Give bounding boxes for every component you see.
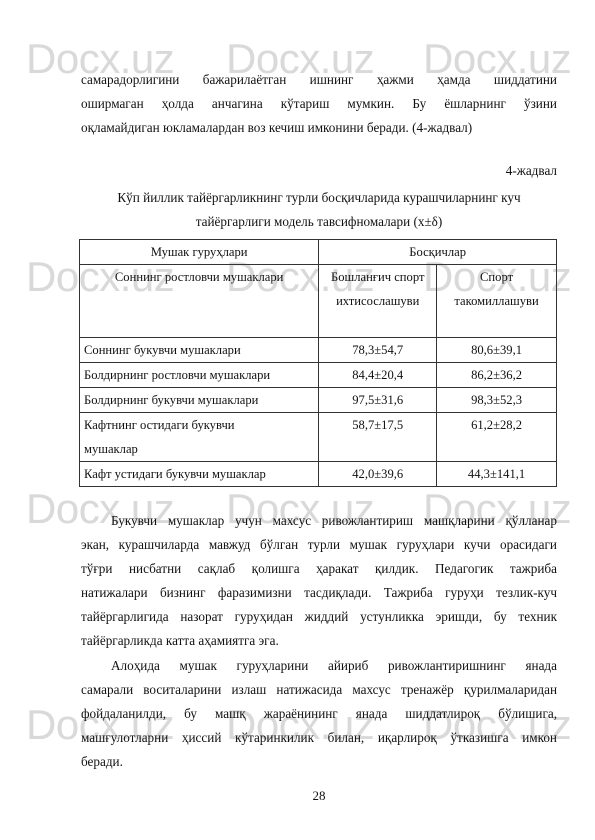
text-line: самарали воситаларини излаш натижасида м… [81,678,557,702]
cell-improvement: 61,2±28,2 [437,413,557,462]
text-line: тўғри нисбатни сақлаб қолишга ҳаракат қи… [81,557,557,581]
cell-initial: 97,5±31,6 [319,388,437,413]
subheader-sport-improvement: Спорт такомиллашуви [437,265,557,338]
text-line: самарадорлигини бажарилаётган ишнинг ҳаж… [81,68,557,92]
subheader-thigh-extensors: Соннинг ростловчи мушаклари [80,265,319,338]
text-line: машғулотларни ҳиссий кўтаринкилик билан,… [81,726,557,750]
text-line: оқламайдиган юкламалардан воз кечиш имко… [81,116,557,140]
table-label: 4-жадвал [506,163,557,179]
table-caption: Кўп йиллик тайёргарликнинг турли босқичл… [81,186,557,234]
cell-initial: 42,0±39,6 [319,462,437,487]
cell-group: Кафт устидаги букувчи мушаклар [80,462,319,487]
table-row: Кафт устидаги букувчи мушаклар 42,0±39,6… [80,462,557,487]
text-line: экан, курашчиларда мавжуд бўлган турли м… [81,533,557,557]
header-stages: Босқичлар [319,240,557,265]
results-paragraph: Букувчи мушаклар учун махсус ривожлантир… [81,509,557,653]
caption-line: Кўп йиллик тайёргарликнинг турли босқичл… [81,186,557,210]
cell-group: Кафтнинг остидаги букувчи мушаклар [80,413,319,462]
page-number: 28 [81,788,557,804]
table-subheader-row: Соннинг ростловчи мушаклари Бошланғич сп… [80,265,557,338]
table-header-row: Мушак гуруҳлари Босқичлар [80,240,557,265]
cell-improvement: 86,2±36,2 [437,363,557,388]
table-row: Кафтнинг остидаги букувчи мушаклар 58,7±… [80,413,557,462]
text-line: Букувчи мушаклар учун махсус ривожлантир… [81,509,557,533]
subheader-initial-specialization: Бошланғич спорт ихтисослашуви [319,265,437,338]
text-line: тайёргарликда катта аҳамиятга эга. [81,629,557,653]
cell-group: Соннинг букувчи мушаклари [80,338,319,363]
cell-group: Болдирнинг букувчи мушаклари [80,388,319,413]
trainer-paragraph: Алоҳида мушак гуруҳларини айириб ривожла… [81,654,557,774]
intro-paragraph: самарадорлигини бажарилаётган ишнинг ҳаж… [81,68,557,140]
table-row: Болдирнинг букувчи мушаклари 97,5±31,6 9… [80,388,557,413]
text-line: оширмаган ҳолда анчагина кўтариш мумкин.… [81,92,557,116]
cell-improvement: 44,3±141,1 [437,462,557,487]
cell-initial: 58,7±17,5 [319,413,437,462]
text-line: беради. [81,750,557,774]
text-line: фойдаланилди, бу машқ жараёнининг янада … [81,702,557,726]
cell-group: Болдирнинг ростловчи мушаклари [80,363,319,388]
text-line: Алоҳида мушак гуруҳларини айириб ривожла… [81,654,557,678]
text-line: тайёргарлигида назорат гуруҳидан жиддий … [81,605,557,629]
data-table: Мушак гуруҳлари Босқичлар Соннинг ростло… [79,239,557,487]
text-line: натижалари бизнинг фаразимизни тасдиқлад… [81,581,557,605]
cell-improvement: 98,3±52,3 [437,388,557,413]
caption-line: тайёргарлиги модель тавсифномалари (x±δ) [81,210,557,234]
cell-initial: 78,3±54,7 [319,338,437,363]
cell-initial: 84,4±20,4 [319,363,437,388]
table-row: Соннинг букувчи мушаклари 78,3±54,7 80,6… [80,338,557,363]
table-row: Болдирнинг ростловчи мушаклари 84,4±20,4… [80,363,557,388]
cell-improvement: 80,6±39,1 [437,338,557,363]
header-muscle-groups: Мушак гуруҳлари [80,240,319,265]
